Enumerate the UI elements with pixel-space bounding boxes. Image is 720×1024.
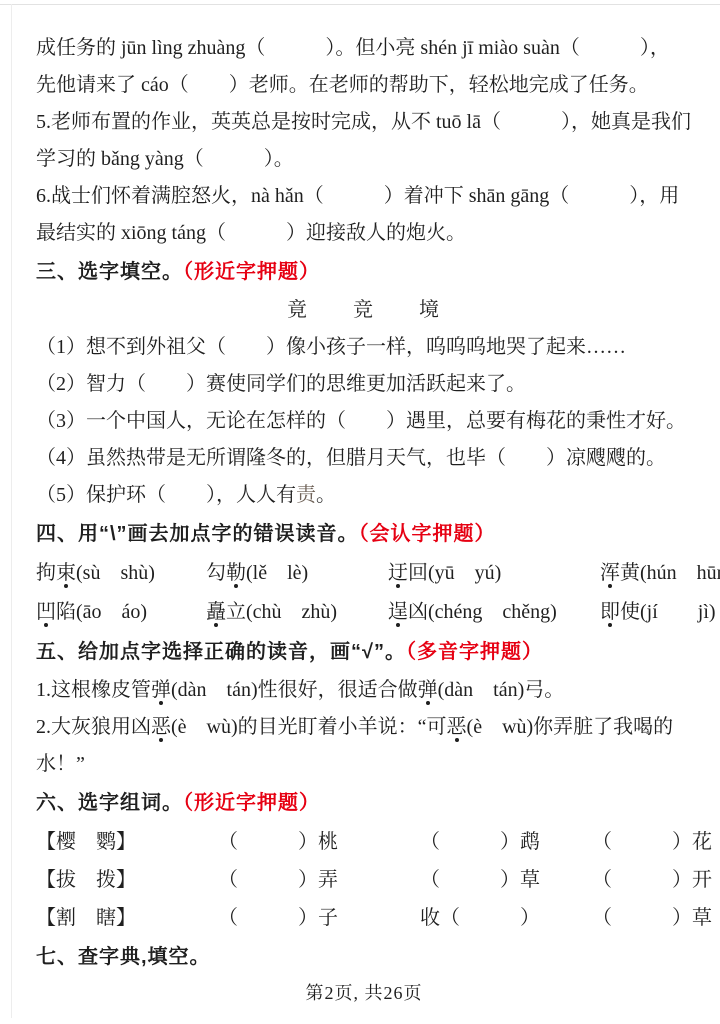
section-3-tag: （形近字押题） (183, 261, 320, 283)
reading-choice-line: 2.大灰狼用凶恶(è wù)的目光盯着小羊说：“可恶(è wù)你弄脏了我喝的 (36, 709, 692, 746)
fill-item-text: 。 (316, 484, 336, 506)
section-4-title: 四、用“\”画去加点字的错误读音。 (36, 523, 359, 545)
word-blank: 收（ ） (420, 899, 592, 937)
dotted-character: 勒 (226, 562, 246, 584)
reading-choice-line: 1.这根橡皮管弹(dàn tán)性很好，很适合做弹(dàn tán)弓。 (36, 672, 692, 709)
page-left-edge (11, 4, 12, 1018)
word-blank: （ ）草 (592, 899, 712, 937)
character-pair-bracket: 【樱 鹦】 (36, 823, 218, 861)
fill-item: （3）一个中国人，无论在怎样的（ ）遇里，总要有梅花的秉性才好。 (36, 403, 692, 440)
section-5-heading: 五、给加点字选择正确的读音，画“√”。（多音字押题） (36, 632, 692, 672)
dotted-character: 束 (56, 562, 76, 584)
page-number-footer: 第2页, 共26页 (36, 979, 692, 1007)
pinyin-word: 浑黄(hún hūn) (600, 554, 720, 593)
dotted-character: 恶 (151, 716, 171, 738)
test-paper-page: 成任务的 jūn lìng zhuàng（ ）。但小亮 shén jī miào… (0, 0, 720, 1024)
word-blank: （ ）花 (592, 823, 712, 861)
pinyin-word: 勾勒(lě lè) (206, 554, 388, 593)
section-4-tag: （会认字押题） (359, 523, 496, 545)
dotted-character: 矗 (206, 601, 226, 623)
section-6-title: 六、选字组词。 (36, 792, 183, 814)
dotted-character: 弹 (151, 679, 171, 701)
word-blank: （ ）桃 (218, 823, 420, 861)
section-6-heading: 六、选字组词。（形近字押题） (36, 783, 692, 823)
word-blank: （ ）草 (420, 861, 592, 899)
dotted-character: 凹 (36, 601, 56, 623)
character-pair-bracket: 【拔 拨】 (36, 861, 218, 899)
word-choice-row: 【割 瞎】 （ ）子 收（ ） （ ）草 (36, 899, 692, 937)
dotted-character: 浑 (600, 562, 620, 584)
fill-item: （1）想不到外祖父（ ）像小孩子一样，呜呜呜地哭了起来…… (36, 329, 692, 366)
fill-item-text: （5）保护环（ ），人人有 (36, 484, 296, 506)
fill-item: （2）智力（ ）赛使同学们的思维更加活跃起来了。 (36, 366, 692, 403)
dotted-character: 迂 (388, 562, 408, 584)
character-options: 竟 竞 境 (36, 292, 692, 329)
faded-character: 责 (296, 484, 316, 506)
pinyin-word: 矗立(chù zhù) (206, 593, 388, 632)
fill-item: （4）虽然热带是无所谓隆冬的，但腊月天气，也毕（ ）凉飕飕的。 (36, 440, 692, 477)
word-blank: （ ）子 (218, 899, 420, 937)
pinyin-word: 凹陷(āo áo) (36, 593, 206, 632)
dotted-character: 逞 (388, 601, 408, 623)
word-blank: （ ）弄 (218, 861, 420, 899)
section-5-tag: （多音字押题） (406, 641, 543, 663)
word-blank: （ ）鹉 (420, 823, 592, 861)
exercise-line: 学习的 bǎng yàng（ ）。 (36, 141, 692, 178)
pinyin-word: 即使(jí jì) (600, 593, 716, 632)
exercise-line: 6.战士们怀着满腔怒火，nà hǎn（ ）着冲下 shān gāng（ ），用 (36, 178, 692, 215)
page-top-edge (0, 4, 720, 5)
section-3-title: 三、选字填空。 (36, 261, 183, 283)
section-4-heading: 四、用“\”画去加点字的错误读音。（会认字押题） (36, 514, 692, 554)
dotted-character: 弹 (418, 679, 438, 701)
exercise-line: 5.老师布置的作业，英英总是按时完成，从不 tuō lā（ ），她真是我们 (36, 104, 692, 141)
exercise-line: 最结实的 xiōng táng（ ）迎接敌人的炮火。 (36, 215, 692, 252)
section-7-heading: 七、查字典,填空。 (36, 937, 692, 977)
dotted-character: 恶 (447, 716, 467, 738)
section-3-heading: 三、选字填空。（形近字押题） (36, 252, 692, 292)
word-choice-row: 【樱 鹦】 （ ）桃 （ ）鹉 （ ）花 (36, 823, 692, 861)
section-5-title: 五、给加点字选择正确的读音，画“√”。 (36, 641, 406, 663)
reading-choice-line: 水！” (36, 746, 692, 783)
exercise-line: 成任务的 jūn lìng zhuàng（ ）。但小亮 shén jī miào… (36, 30, 692, 67)
pinyin-word: 迂回(yū yú) (388, 554, 600, 593)
fill-item: （5）保护环（ ），人人有责。 (36, 477, 692, 514)
pinyin-word-row: 凹陷(āo áo) 矗立(chù zhù) 逞凶(chéng chěng) 即使… (36, 593, 692, 632)
word-choice-row: 【拔 拨】 （ ）弄 （ ）草 （ ）开 (36, 861, 692, 899)
pinyin-word: 逞凶(chéng chěng) (388, 593, 600, 632)
pinyin-word-row: 拘束(sù shù) 勾勒(lě lè) 迂回(yū yú) 浑黄(hún hū… (36, 554, 692, 593)
dotted-character: 即 (600, 601, 620, 623)
character-pair-bracket: 【割 瞎】 (36, 899, 218, 937)
exercise-line: 先他请来了 cáo（ ）老师。在老师的帮助下，轻松地完成了任务。 (36, 67, 692, 104)
section-6-tag: （形近字押题） (183, 792, 320, 814)
pinyin-word: 拘束(sù shù) (36, 554, 206, 593)
word-blank: （ ）开 (592, 861, 712, 899)
